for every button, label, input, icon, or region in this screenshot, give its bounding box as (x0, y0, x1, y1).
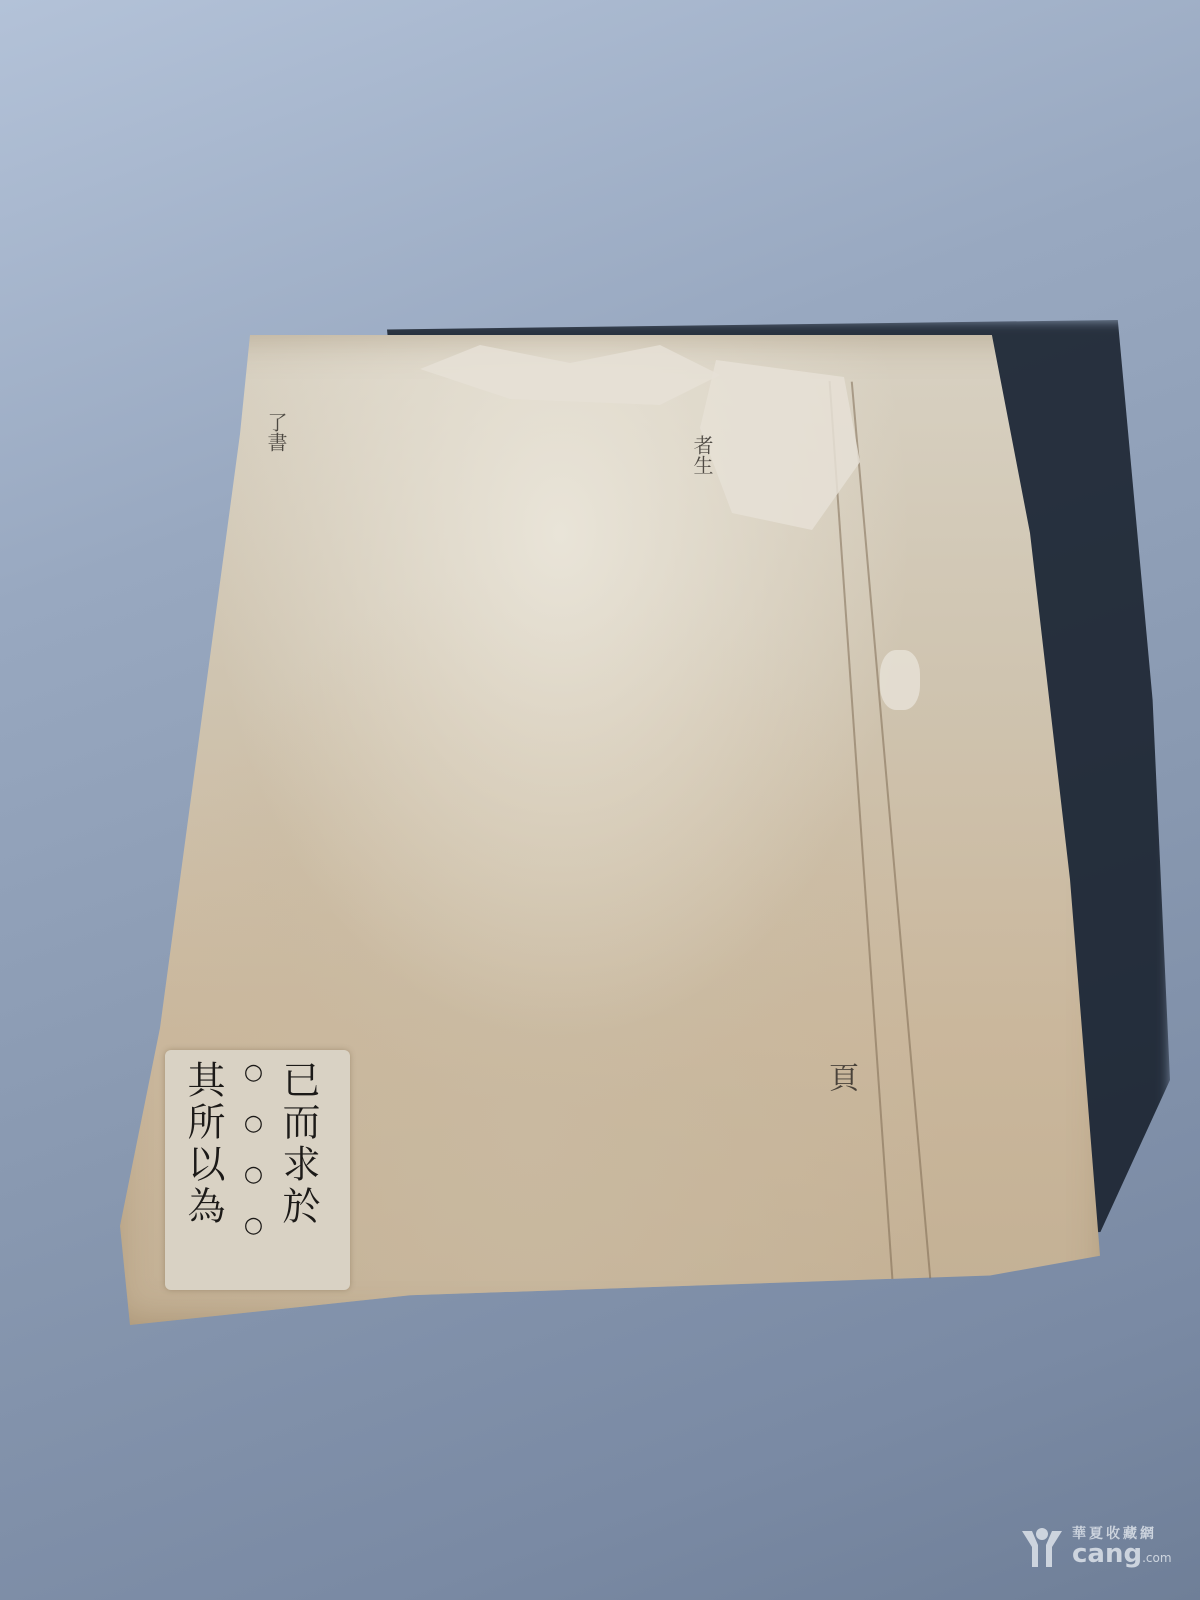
watermark-suffix: .com (1142, 1551, 1171, 1565)
circle-marker: ○ (241, 1162, 266, 1213)
circle-marker: ○ (241, 1060, 266, 1111)
label-circle-markers: ○○○○ (230, 1060, 276, 1264)
faint-ink-mark: 者生 (688, 435, 717, 475)
torn-paper-edge (880, 650, 920, 710)
faint-ink-mark: 頁 (818, 1062, 862, 1092)
circle-marker: ○ (241, 1111, 266, 1162)
faint-ink-mark: 了書 (262, 412, 291, 452)
label-column-right: 已而求於 (275, 1060, 321, 1228)
circle-marker: ○ (241, 1213, 266, 1264)
watermark: 華夏收藏網 cang.com (1020, 1525, 1172, 1569)
label-column-left: 其所以為 (180, 1060, 226, 1228)
watermark-latin-text: cang (1072, 1539, 1142, 1569)
watermark-latin: cang.com (1072, 1541, 1172, 1567)
cang-logo-icon (1020, 1525, 1064, 1569)
